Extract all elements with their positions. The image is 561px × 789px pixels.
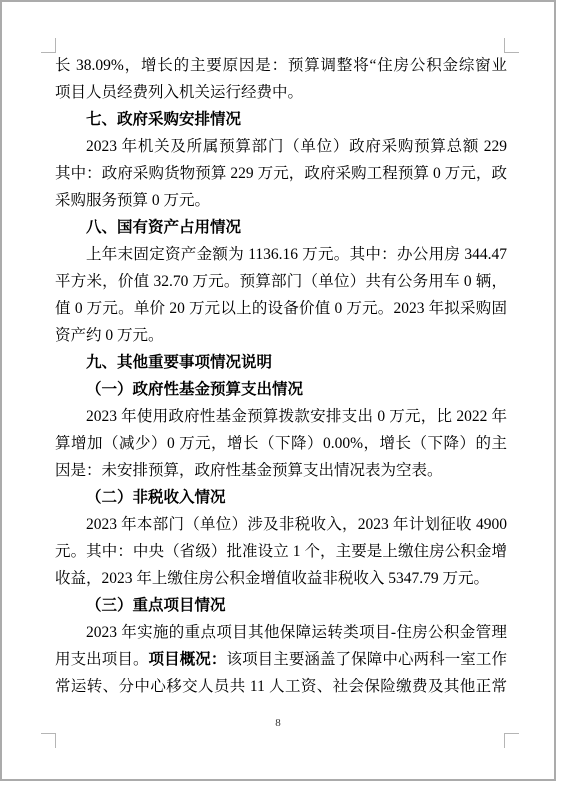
subsection-heading-3: （三）重点项目情况 bbox=[55, 592, 507, 619]
doc-line: 资产约 0 万元。 bbox=[55, 322, 507, 349]
margin-crop-mark-top-left bbox=[41, 38, 56, 53]
section-heading-8: 八、国有资产占用情况 bbox=[55, 214, 507, 241]
doc-line: 项目人员经费列入机关运行经费中。 bbox=[55, 79, 507, 106]
subsection-heading-1: （一）政府性基金预算支出情况 bbox=[55, 376, 507, 403]
doc-line: 长 38.09%，增长的主要原因是：预算调整将“住房公积金综窗业务” bbox=[55, 52, 507, 79]
doc-line-mixed: 用支出项目。项目概况：该项目主要涵盖了保障中心两科一室工作正 bbox=[55, 646, 507, 673]
doc-line: 收益，2023 年上缴住房公积金增值收益非税收入 5347.79 万元。 bbox=[55, 565, 507, 592]
document-body: 长 38.09%，增长的主要原因是：预算调整将“住房公积金综窗业务” 项目人员经… bbox=[55, 52, 507, 700]
doc-line: 上年末固定资产金额为 1136.16 万元。其中：办公用房 344.47 bbox=[55, 241, 507, 268]
subsection-heading-2: （二）非税收入情况 bbox=[55, 484, 507, 511]
doc-line: 算增加（减少）0 万元，增长（下降）0.00%，增长（下降）的主要原 bbox=[55, 430, 507, 457]
margin-crop-mark-bottom-right bbox=[504, 733, 519, 748]
doc-line-bold-run: 项目概况： bbox=[149, 651, 227, 668]
doc-line: 元。其中：中央（省级）批准设立 1 个，主要是上缴住房公积金增值 bbox=[55, 538, 507, 565]
doc-line: 2023 年本部门（单位）涉及非税收入，2023 年计划征收 4900 万 bbox=[55, 511, 507, 538]
doc-line: 常运转、分中心移交人员共 11 人工资、社会保险缴费及其他正常运转 bbox=[55, 673, 507, 700]
doc-line-segment: 用支出项目。 bbox=[55, 651, 149, 668]
doc-line: 因是：未安排预算，政府性基金预算支出情况表为空表。 bbox=[55, 457, 507, 484]
page-number: 8 bbox=[2, 716, 554, 730]
section-heading-9: 九、其他重要事项情况说明 bbox=[55, 349, 507, 376]
doc-line: 2023 年机关及所属预算部门（单位）政府采购预算总额 229 万元， bbox=[55, 133, 507, 160]
doc-line: 平方米，价值 32.70 万元。预算部门（单位）共有公务用车 0 辆，价 bbox=[55, 268, 507, 295]
doc-line: 2023 年实施的重点项目其他保障运转类项目-住房公积金管理费 bbox=[55, 619, 507, 646]
doc-line: 其中：政府采购货物预算 229 万元，政府采购工程预算 0 万元，政府 bbox=[55, 160, 507, 187]
margin-crop-mark-top-right bbox=[504, 38, 519, 53]
document-page[interactable]: 长 38.09%，增长的主要原因是：预算调整将“住房公积金综窗业务” 项目人员经… bbox=[0, 0, 556, 781]
margin-crop-mark-bottom-left bbox=[41, 733, 56, 748]
doc-line: 采购服务预算 0 万元。 bbox=[55, 187, 507, 214]
doc-line: 值 0 万元。单价 20 万元以上的设备价值 0 万元。2023 年拟采购固定 bbox=[55, 295, 507, 322]
doc-line: 2023 年使用政府性基金预算拨款安排支出 0 万元，比 2022 年预 bbox=[55, 403, 507, 430]
section-heading-7: 七、政府采购安排情况 bbox=[55, 106, 507, 133]
